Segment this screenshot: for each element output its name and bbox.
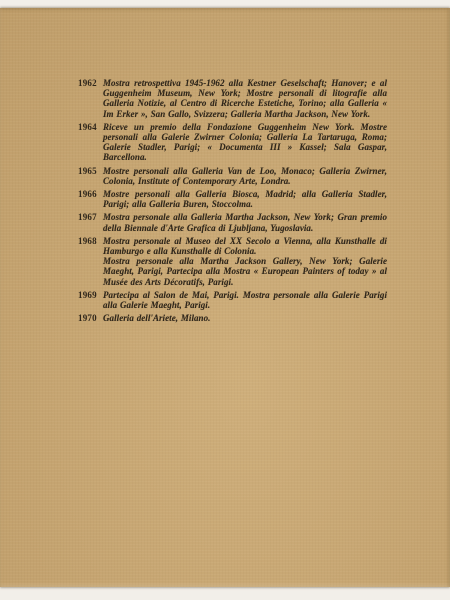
entry-year: 1969 [78,290,103,300]
chronology-entry-1965: 1965 Mostre personali alla Galleria Van … [78,166,387,186]
entry-text-block: Mostre personali alla Galleria Van de Lo… [103,166,387,186]
chronology-entry-1967: 1967 Mostra personale alla Galleria Mart… [78,212,387,232]
entry-paragraph: Mostre personali alla Galleria Van de Lo… [103,166,387,186]
entry-paragraph: Mostra personale alla Martha Jackson Gal… [103,256,387,287]
entry-year: 1966 [78,189,103,199]
entry-paragraph: Mostre personali alla Galleria Biosca, M… [103,189,387,209]
chronology-entry-1970: 1970 Galleria dell'Ariete, Milano. [78,313,387,323]
entry-year: 1970 [78,313,103,323]
entry-text-block: Galleria dell'Ariete, Milano. [103,313,387,323]
entry-paragraph: Mostra retrospettiva 1945-1962 alla Kest… [103,78,387,119]
chronology-entry-1968: 1968 Mostra personale al Museo del XX Se… [78,236,387,287]
entry-text-block: Riceve un premio della Fondazione Guggen… [103,122,387,163]
book-page: 1962 Mostra retrospettiva 1945-1962 alla… [0,8,450,587]
chronology-entry-1966: 1966 Mostre personali alla Galleria Bios… [78,189,387,209]
entry-year: 1965 [78,166,103,176]
entry-paragraph: Partecipa al Salon de Mai, Parigi. Mostr… [103,290,387,310]
entry-year: 1962 [78,78,103,88]
entry-text-block: Partecipa al Salon de Mai, Parigi. Mostr… [103,290,387,310]
scanned-book-page-screenshot: { "page": { "paper_color": "#c6a470", "m… [0,0,450,600]
entry-year: 1967 [78,212,103,222]
chronology-list: 1962 Mostra retrospettiva 1945-1962 alla… [78,78,387,326]
entry-paragraph: Mostra personale al Museo del XX Secolo … [103,236,387,256]
chronology-entry-1964: 1964 Riceve un premio della Fondazione G… [78,122,387,163]
entry-paragraph: Riceve un premio della Fondazione Guggen… [103,122,387,163]
entry-text-block: Mostra retrospettiva 1945-1962 alla Kest… [103,78,387,119]
entry-text-block: Mostre personali alla Galleria Biosca, M… [103,189,387,209]
entry-text-block: Mostra personale alla Galleria Martha Ja… [103,212,387,232]
entry-year: 1968 [78,236,103,246]
entry-year: 1964 [78,122,103,132]
chronology-entry-1962: 1962 Mostra retrospettiva 1945-1962 alla… [78,78,387,119]
chronology-entry-1969: 1969 Partecipa al Salon de Mai, Parigi. … [78,290,387,310]
entry-text-block: Mostra personale al Museo del XX Secolo … [103,236,387,287]
entry-paragraph: Mostra personale alla Galleria Martha Ja… [103,212,387,232]
entry-paragraph: Galleria dell'Ariete, Milano. [103,313,387,323]
